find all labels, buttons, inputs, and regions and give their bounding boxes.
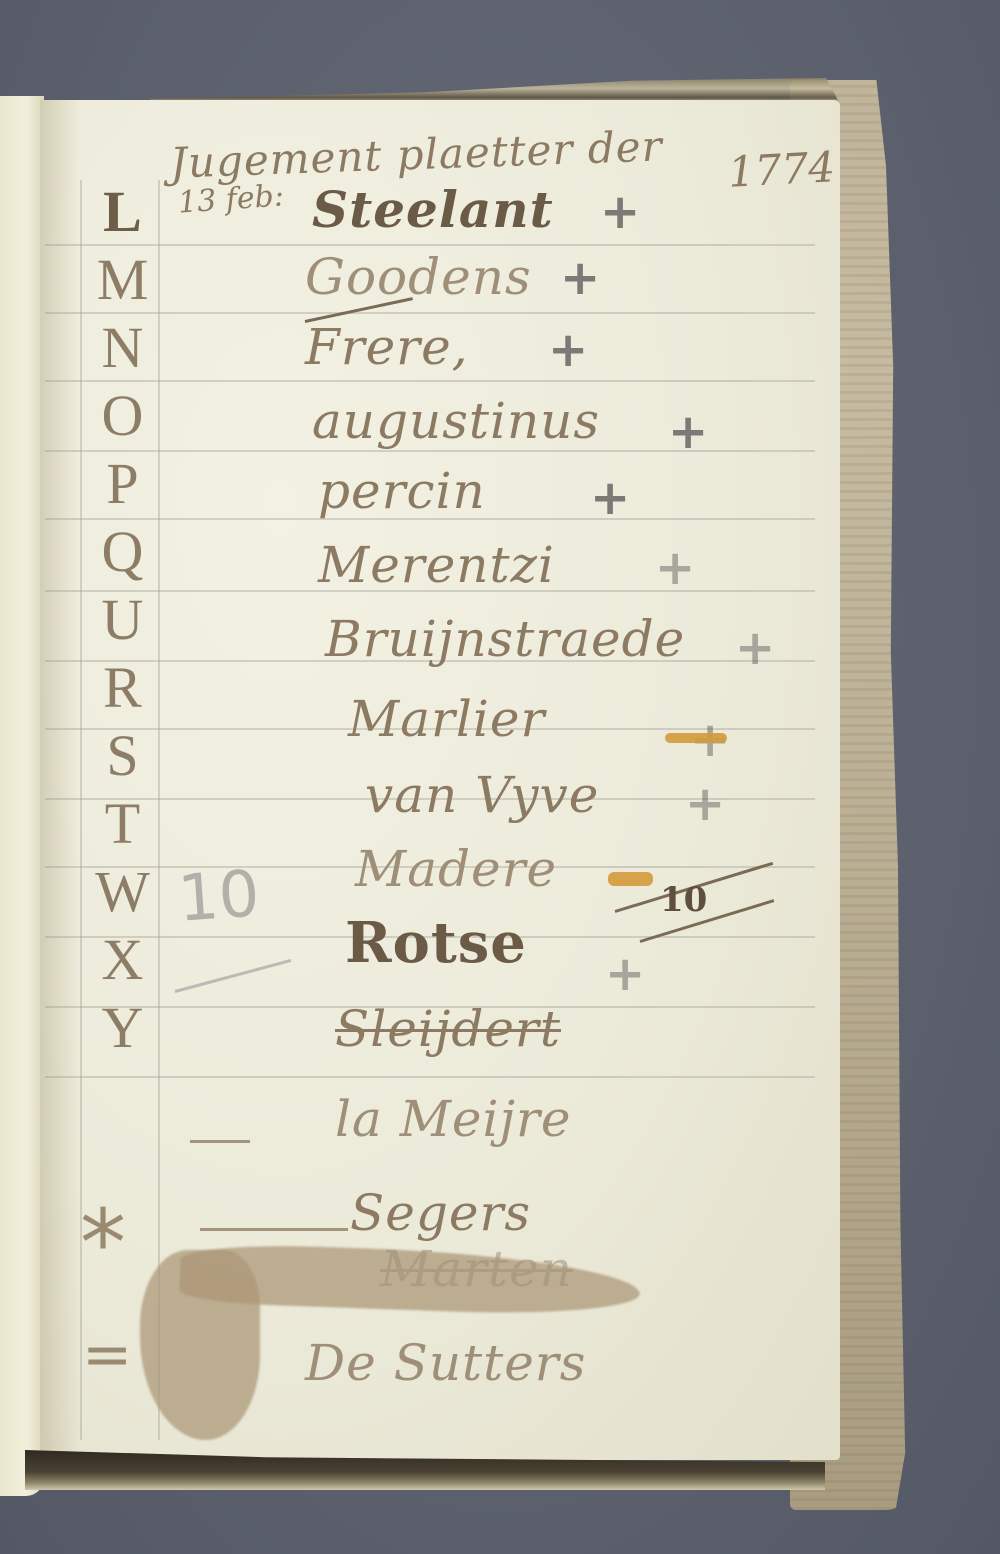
entry-name-struck: Marten	[380, 1240, 573, 1298]
double-dash-mark: =	[82, 1320, 132, 1390]
entry-name: Segers	[350, 1184, 531, 1242]
header-date: 13 feb:	[177, 178, 285, 220]
index-letter: T	[82, 790, 162, 858]
dash-mark	[200, 1228, 348, 1231]
entry-name: Madere	[355, 840, 557, 898]
orange-mark	[665, 733, 727, 743]
facing-page-edge	[0, 96, 44, 1496]
cross-mark: +	[590, 470, 630, 526]
cross-mark: +	[735, 620, 775, 676]
index-letter: Q	[82, 518, 162, 586]
entry-name: Bruijnstraede	[325, 610, 685, 668]
cross-mark: +	[560, 250, 600, 306]
annotation-number: 10	[660, 880, 707, 920]
ruled-line	[45, 1076, 815, 1078]
entry-name: Goodens	[305, 248, 532, 306]
entry-name: Marlier	[348, 690, 545, 748]
orange-mark	[608, 872, 653, 886]
entry-name-struck: Sleijdert	[335, 1000, 561, 1058]
asterisk-mark: *	[80, 1190, 126, 1297]
index-letter: S	[82, 722, 162, 790]
cross-mark: +	[668, 404, 708, 460]
index-letter: P	[82, 450, 162, 518]
entry-name: percin	[318, 462, 486, 520]
cross-mark: +	[548, 322, 588, 378]
index-letter: R	[82, 654, 162, 722]
entry-name: Merentzi	[318, 536, 555, 594]
gutter-shadow	[40, 100, 80, 1460]
index-letter: X	[82, 926, 162, 994]
alphabet-index: L M N O P Q U R S T W X Y	[82, 178, 162, 1062]
entry-name: la Meijre	[335, 1090, 571, 1148]
entry-name: De Sutters	[305, 1334, 586, 1392]
cross-mark: +	[605, 946, 645, 1002]
cross-mark: +	[685, 776, 725, 832]
pencil-number: 10	[176, 857, 262, 937]
index-letter: L	[82, 178, 162, 246]
entry-name: Frere,	[305, 318, 469, 376]
cross-mark: +	[655, 540, 695, 596]
dash-mark	[190, 1140, 250, 1143]
entry-name: augustinus	[312, 392, 600, 450]
entry-name: Rotse	[345, 910, 527, 976]
index-letter: O	[82, 382, 162, 450]
index-letter: M	[82, 246, 162, 314]
cross-mark: +	[600, 184, 640, 240]
index-letter: W	[82, 858, 162, 926]
header-year: 1774	[727, 142, 836, 197]
index-letter: U	[82, 586, 162, 654]
entry-name: Steelant	[312, 180, 554, 239]
entry-name: van Vyve	[365, 766, 599, 824]
index-letter: N	[82, 314, 162, 382]
index-letter: Y	[82, 994, 162, 1062]
